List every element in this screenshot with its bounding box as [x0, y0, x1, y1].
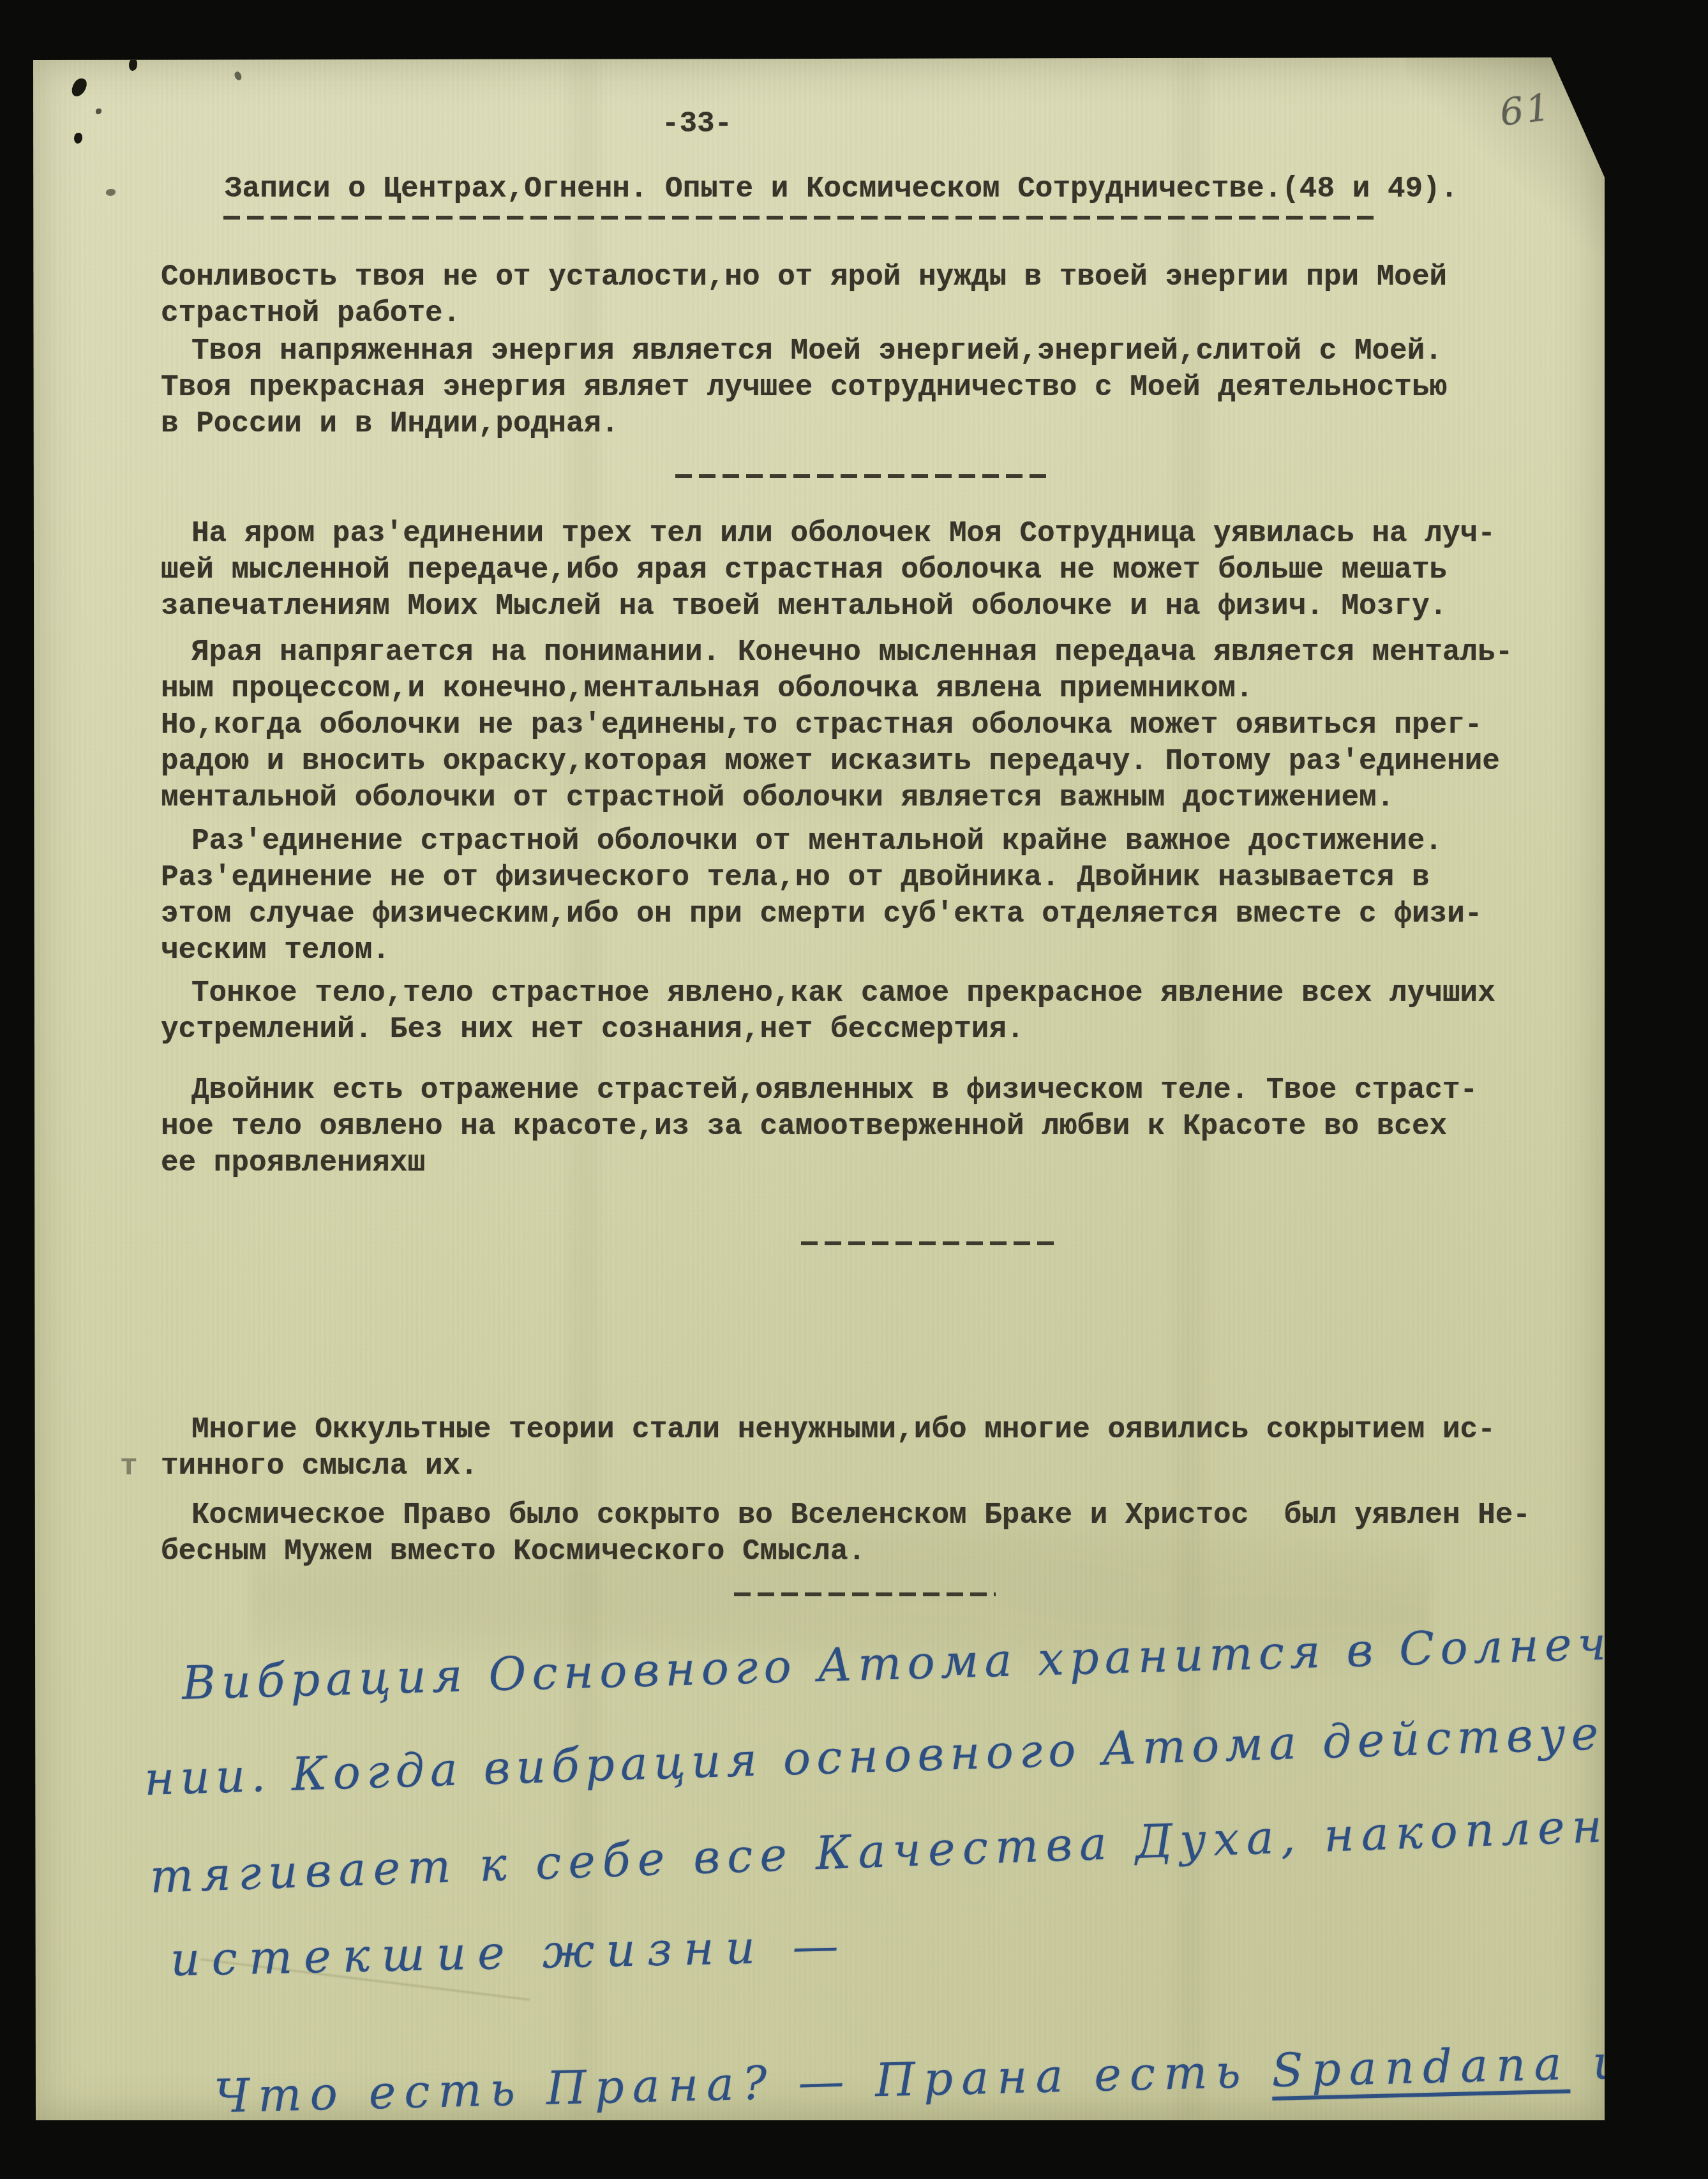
- typed-line: радою и вносить окраску,которая может ис…: [161, 744, 1513, 780]
- section-divider: [734, 1592, 996, 1596]
- scan-canvas: { "scan": { "folio_number": "61", "page_…: [0, 0, 1708, 2179]
- title-underline: [223, 216, 1379, 220]
- ink-blot: [70, 76, 89, 99]
- typed-line: Тонкое тело,тело страстное явлено,как са…: [161, 975, 1495, 1012]
- typed-line: Раз'единение страстной оболочки от мента…: [161, 823, 1482, 860]
- typed-line: страстной работе.: [161, 296, 1447, 332]
- ink-blot: [106, 189, 116, 196]
- typed-line: тинного смысла их.: [161, 1448, 1495, 1485]
- typed-line: в России и в Индии,родная.: [161, 406, 1447, 442]
- typed-line: ным процессом,и конечно,ментальная оболо…: [161, 671, 1513, 707]
- typed-line: Двойник есть отражение страстей,оявленны…: [161, 1072, 1478, 1109]
- paragraph: Многие Оккультные теории стали ненужными…: [161, 1412, 1495, 1485]
- paragraph: Раз'единение страстной оболочки от мента…: [161, 823, 1482, 969]
- typed-line: ческим телом.: [161, 932, 1482, 969]
- page-number: -33-: [640, 106, 754, 142]
- typed-line: Твоя прекрасная энергия являет лучшее со…: [161, 370, 1447, 406]
- paragraph: Твоя напряженная энергия является Моей э…: [161, 333, 1447, 442]
- handwritten-line: истекшие жизни —: [170, 1919, 850, 1986]
- typed-line: Раз'единение не от физического тела,но о…: [161, 860, 1482, 896]
- typed-line: Твоя напряженная энергия является Моей э…: [161, 333, 1447, 370]
- typed-line: Многие Оккультные теории стали ненужными…: [161, 1412, 1495, 1448]
- typed-line: Но,когда оболочки не раз'единены,то стра…: [161, 707, 1513, 744]
- typed-line: Сонливость твоя не от усталости,но от яр…: [161, 259, 1447, 296]
- handwritten-segment: или вибрация: [1569, 2025, 1708, 2090]
- typed-line: устремлений. Без них нет сознания,нет бе…: [161, 1012, 1495, 1048]
- paragraph: Сонливость твоя не от усталости,но от яр…: [161, 259, 1447, 332]
- section-divider: [801, 1241, 1060, 1245]
- typed-line: Ярая напрягается на понимании. Конечно м…: [161, 634, 1513, 671]
- paragraph: Тонкое тело,тело страстное явлено,как са…: [161, 975, 1495, 1048]
- typed-line: ее проявленияхш: [161, 1145, 1478, 1181]
- typed-line: бесным Мужем вместо Космического Смысла.: [161, 1534, 1531, 1570]
- margin-stray-character: т: [120, 1449, 138, 1485]
- handwritten-underlined-word: Spandana: [1271, 2037, 1570, 2097]
- section-divider: [675, 474, 1052, 478]
- folio-number: 61: [1497, 85, 1554, 134]
- handwritten-line: тягивает к себе все Качества Духа, накоп…: [149, 1788, 1708, 1903]
- scanned-document-page: 61 -33- Записи о Центрах,Огненн. Опыте и…: [33, 57, 1605, 2120]
- typed-line: Космическое Право было сокрыто во Вселен…: [161, 1497, 1531, 1534]
- ink-blot: [74, 133, 82, 144]
- typed-line: этом случае физическим,ибо он при смерти…: [161, 896, 1482, 932]
- ink-blot: [233, 70, 243, 81]
- paragraph: На яром раз'единении трех тел или оболоч…: [161, 516, 1495, 625]
- typed-line: На яром раз'единении трех тел или оболоч…: [161, 516, 1495, 552]
- handwritten-line: нии. Когда вибрация основного Атома дейс…: [144, 1695, 1708, 1806]
- paragraph: Двойник есть отражение страстей,оявленны…: [161, 1072, 1478, 1181]
- folded-corner-shadow: [1405, 52, 1648, 269]
- handwritten-segment: Что есть Прана? — Прана есть: [213, 2044, 1272, 2123]
- ink-blot: [129, 59, 137, 71]
- typed-line: шей мысленной передаче,ибо ярая страстна…: [161, 552, 1495, 588]
- paragraph: Ярая напрягается на понимании. Конечно м…: [161, 634, 1513, 816]
- typed-line: ное тело оявлено на красоте,из за самоот…: [161, 1109, 1478, 1145]
- paragraph: Космическое Право было сокрыто во Вселен…: [161, 1497, 1531, 1570]
- page-title: Записи о Центрах,Огненн. Опыте и Космиче…: [225, 171, 1458, 207]
- ink-blot: [96, 109, 101, 114]
- typed-line: запечатлениям Моих Мыслей на твоей мента…: [161, 588, 1495, 625]
- typed-line: ментальной оболочки от страстной оболочк…: [161, 780, 1513, 816]
- handwritten-line: Что есть Прана? — Прана есть Spandana ил…: [121, 1972, 1708, 2179]
